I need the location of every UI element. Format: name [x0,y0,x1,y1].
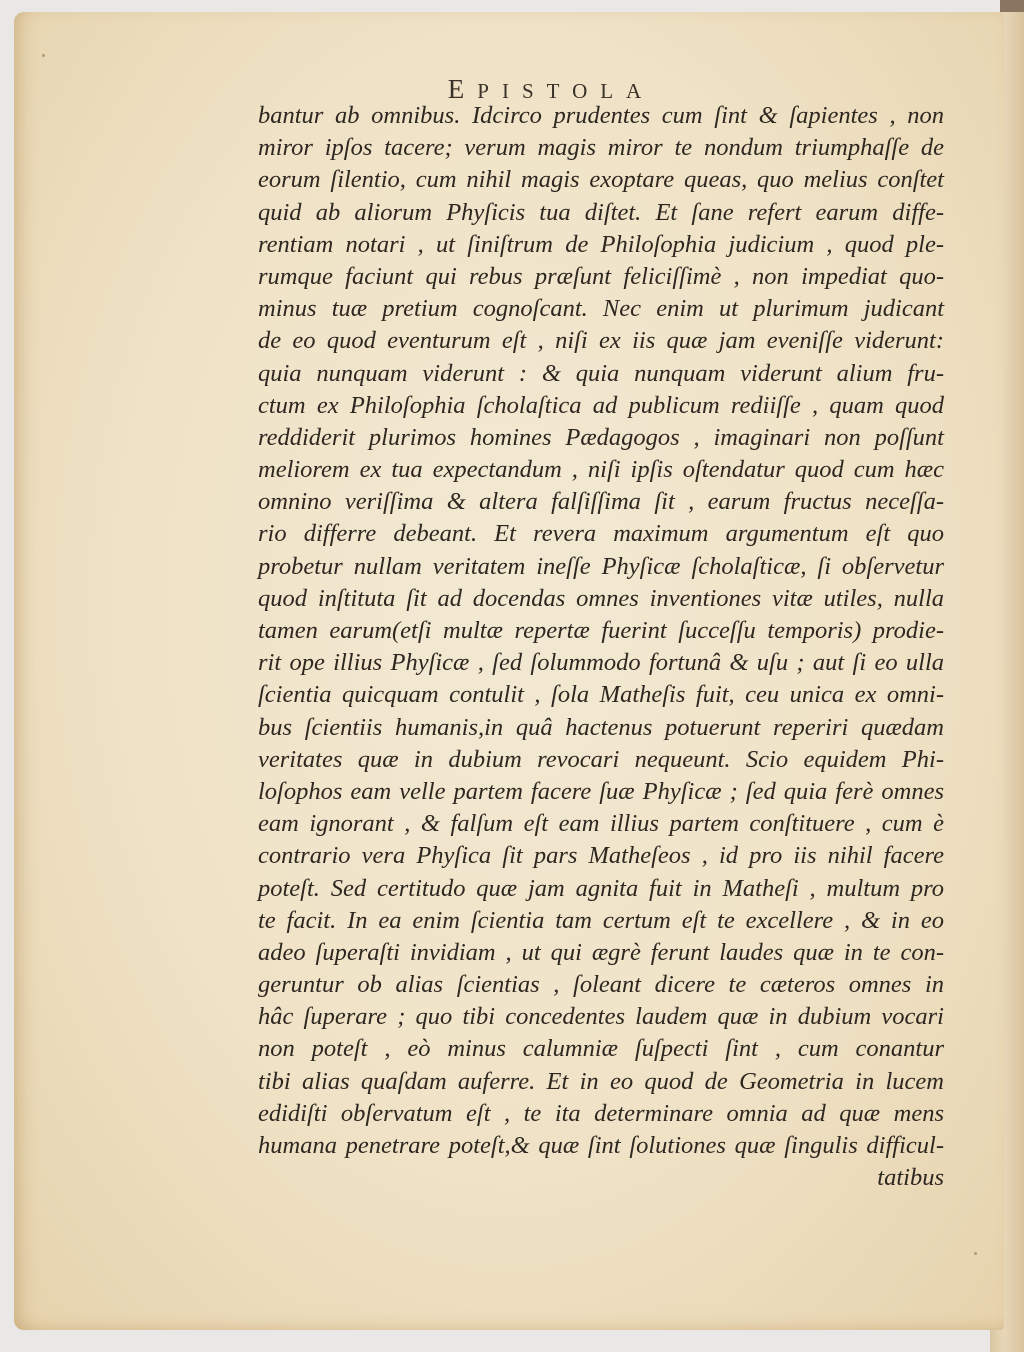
catchword: tatibus [258,1162,944,1194]
text-line: veritates quæ in dubium revocari nequeun… [258,744,944,776]
text-line: de eo quod eventurum eſt , niſi ex iis q… [258,325,944,357]
book-page: Epistola bantur ab omnibus. Idcirco prud… [14,12,1004,1330]
text-line: tibi alias quaſdam auferre. Et in eo quo… [258,1066,944,1098]
text-line: eorum ſilentio, cum nihil magis exoptare… [258,164,944,196]
text-line: bantur ab omnibus. Idcirco prudentes cum… [258,100,944,132]
text-line: ſcientia quicquam contulit , ſola Matheſ… [258,679,944,711]
text-line: miror ipſos tacere; verum magis miror te… [258,132,944,164]
text-line: tamen earum(etſi multæ repertæ fuerint ſ… [258,615,944,647]
text-line: contrario vera Phyſica ſit pars Matheſeo… [258,840,944,872]
text-line: te facit. In ea enim ſcientia tam certum… [258,905,944,937]
text-line: loſophos eam velle partem facere ſuæ Phy… [258,776,944,808]
text-line: rio differre debeant. Et revera maximum … [258,518,944,550]
text-line: rumque faciunt qui rebus præſunt feliciſ… [258,261,944,293]
text-line: quia nunquam viderunt : & quia nunquam v… [258,358,944,390]
body-text: bantur ab omnibus. Idcirco prudentes cum… [258,100,944,1194]
text-line: meliorem ex tua expectandum , niſi ipſis… [258,454,944,486]
text-line: quid ab aliorum Phyſicis tua diſtet. Et … [258,197,944,229]
text-line: ctum ex Philoſophia ſcholaſtica ad publi… [258,390,944,422]
text-line: rit ope illius Phyſicæ , ſed ſolummodo f… [258,647,944,679]
text-line: quod inſtituta ſit ad docendas omnes inv… [258,583,944,615]
text-line: eam ignorant , & falſum eſt eam illius p… [258,808,944,840]
text-line: edidiſti obſervatum eſt , te ita determi… [258,1098,944,1130]
paper-speck [42,54,45,57]
text-line: probetur nullam veritatem ineſſe Phyſicæ… [258,551,944,583]
text-line: bus ſcientiis humanis,in quâ hactenus po… [258,712,944,744]
text-line: geruntur ob alias ſcientias , ſoleant di… [258,969,944,1001]
text-line: adeo ſuperaſti invidiam , ut qui ægrè fe… [258,937,944,969]
text-line: poteſt. Sed certitudo quæ jam agnita fui… [258,873,944,905]
text-line: humana penetrare poteſt,& quæ ſint ſolut… [258,1130,944,1162]
text-line: minus tuæ pretium cognoſcant. Nec enim u… [258,293,944,325]
text-line: non poteſt , eò minus calumniæ ſuſpecti … [258,1033,944,1065]
text-line: rentiam notari , ut ſiniſtrum de Philoſo… [258,229,944,261]
text-line: reddiderit plurimos homines Pædagogos , … [258,422,944,454]
paper-speck [974,1252,977,1255]
text-line: hâc ſuperare ; quo tibi concedentes laud… [258,1001,944,1033]
text-line: omnino veriſſima & altera falſiſſima ſit… [258,486,944,518]
